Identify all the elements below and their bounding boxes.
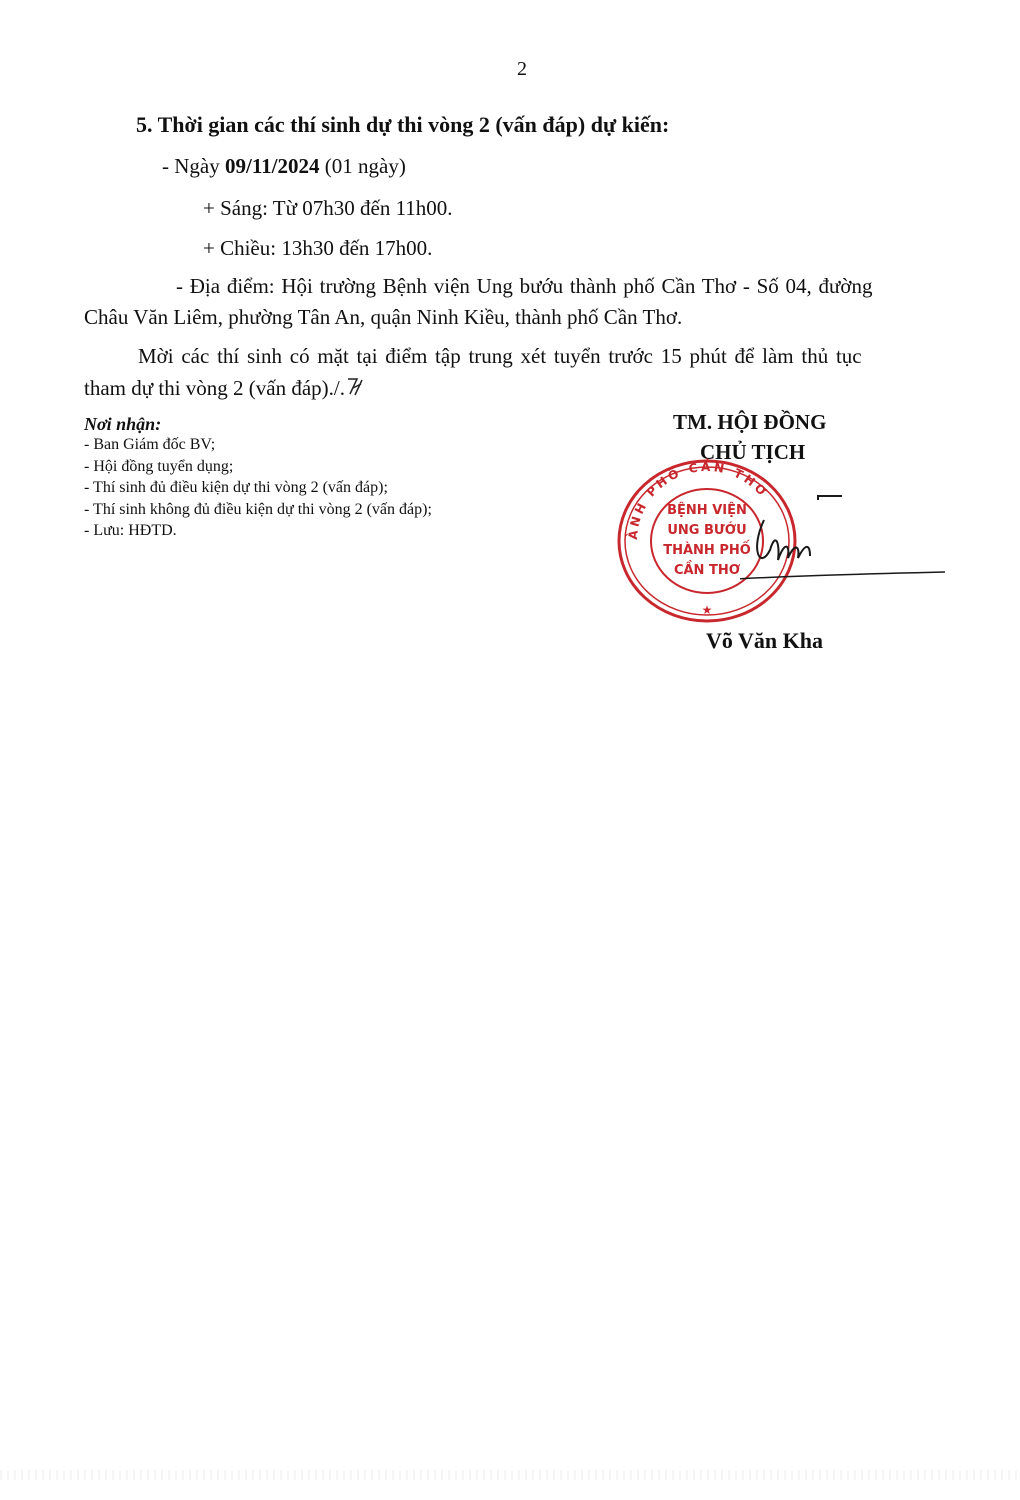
section-heading: 5. Thời gian các thí sinh dự thi vòng 2 … (136, 112, 669, 138)
date-prefix: - Ngày (162, 154, 225, 178)
recipient-item: - Hội đồng tuyển dụng; (84, 456, 432, 478)
svg-text:UNG BƯỚU: UNG BƯỚU (667, 522, 746, 538)
afternoon-schedule: + Chiều: 13h30 đến 17h00. (203, 236, 432, 261)
invitation-line-1: Mời các thí sinh có mặt tại điểm tập tru… (138, 344, 862, 369)
svg-text:★: ★ (702, 603, 713, 617)
svg-text:BỆNH VIỆN: BỆNH VIỆN (667, 502, 747, 518)
recipient-item: - Thí sinh đủ điều kiện dự thi vòng 2 (v… (84, 477, 432, 499)
scan-artifact (0, 1470, 1020, 1480)
exam-date-line: - Ngày 09/11/2024 (01 ngày) (162, 154, 406, 179)
recipient-item: - Ban Giám đốc BV; (84, 434, 432, 456)
signer-name: Võ Văn Kha (706, 628, 823, 654)
recipients-list: Nơi nhận: - Ban Giám đốc BV; - Hội đồng … (84, 414, 432, 542)
date-suffix: (01 ngày) (320, 154, 406, 178)
morning-schedule: + Sáng: Từ 07h30 đến 11h00. (203, 196, 453, 221)
location-line-2: Châu Văn Liêm, phường Tân An, quận Ninh … (84, 305, 682, 330)
handwritten-signature-icon (740, 490, 960, 590)
page-number: 2 (517, 58, 527, 81)
recipients-title: Nơi nhận: (84, 414, 432, 434)
recipient-item: - Thí sinh không đủ điều kiện dự thi vòn… (84, 499, 432, 521)
svg-text:CẦN THƠ: CẦN THƠ (674, 560, 741, 578)
svg-text:THÀNH PHỐ: THÀNH PHỐ (663, 540, 751, 558)
signatory-organization: TM. HỘI ĐỒNG (673, 410, 826, 435)
initial-mark-icon (345, 376, 365, 398)
date-value: 09/11/2024 (225, 154, 320, 178)
invitation-line-2: tham dự thi vòng 2 (vấn đáp)./. (84, 376, 365, 401)
recipient-item: - Lưu: HĐTD. (84, 520, 432, 542)
location-line-1: - Địa điểm: Hội trường Bệnh viện Ung bướ… (176, 274, 873, 299)
invitation-text: tham dự thi vòng 2 (vấn đáp)./. (84, 376, 345, 400)
